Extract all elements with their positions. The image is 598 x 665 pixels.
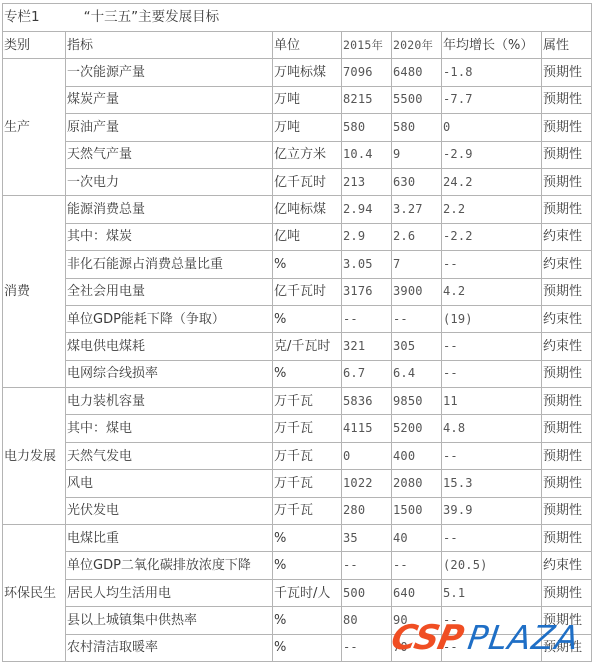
value-2015-cell: 2.9	[342, 223, 392, 250]
table-row: 全社会用电量亿千瓦时317639004.2预期性	[3, 278, 592, 305]
table-row: 煤炭产量万吨82155500-7.7预期性	[3, 86, 592, 113]
value-2020-cell: 5500	[392, 86, 442, 113]
attribute-cell: 预期性	[542, 141, 592, 168]
value-2020-cell: 5200	[392, 415, 442, 442]
growth-cell: 24.2	[442, 168, 542, 195]
category-cell: 环保民生	[3, 525, 66, 662]
table-row: 县以上城镇集中供热率%8090--预期性	[3, 607, 592, 634]
attribute-cell: 预期性	[542, 114, 592, 141]
table-title: 专栏1“十三五”主要发展目标	[3, 4, 592, 32]
indicator-cell: 县以上城镇集中供热率	[66, 607, 273, 634]
attribute-cell: 约束性	[542, 223, 592, 250]
indicator-cell: 一次能源产量	[66, 59, 273, 86]
value-2015-cell: 80	[342, 607, 392, 634]
target-table-container: 专栏1“十三五”主要发展目标 类别 指标 单位 2015年 2020年 年均增长…	[2, 3, 591, 662]
table-row: 风电万千瓦1022208015.3预期性	[3, 470, 592, 497]
attribute-cell: 预期性	[542, 470, 592, 497]
header-category: 类别	[3, 32, 66, 59]
value-2015-cell: 3176	[342, 278, 392, 305]
attribute-cell: 预期性	[542, 497, 592, 524]
targets-table: 专栏1“十三五”主要发展目标 类别 指标 单位 2015年 2020年 年均增长…	[2, 3, 592, 662]
indicator-cell: 居民人均生活用电	[66, 579, 273, 606]
growth-cell: 0	[442, 114, 542, 141]
value-2020-cell: 305	[392, 333, 442, 360]
value-2020-cell: 9850	[392, 388, 442, 415]
unit-cell: %	[273, 525, 342, 552]
table-row: 其中：煤电万千瓦411552004.8预期性	[3, 415, 592, 442]
growth-cell: 5.1	[442, 579, 542, 606]
attribute-cell: 约束性	[542, 552, 592, 579]
indicator-cell: 煤电供电煤耗	[66, 333, 273, 360]
value-2020-cell: 7	[392, 251, 442, 278]
indicator-cell: 光伏发电	[66, 497, 273, 524]
attribute-cell: 预期性	[542, 607, 592, 634]
table-row: 居民人均生活用电千瓦时/人5006405.1预期性	[3, 579, 592, 606]
attribute-cell: 预期性	[542, 278, 592, 305]
title-text: “十三五”主要发展目标	[84, 9, 220, 25]
indicator-cell: 农村清洁取暖率	[66, 634, 273, 661]
unit-cell: 亿吨标煤	[273, 196, 342, 223]
value-2015-cell: 2.94	[342, 196, 392, 223]
value-2020-cell: 6.4	[392, 360, 442, 387]
growth-cell: --	[442, 607, 542, 634]
value-2020-cell: 40	[392, 525, 442, 552]
unit-cell: 亿千瓦时	[273, 168, 342, 195]
unit-cell: %	[273, 634, 342, 661]
table-row: 原油产量万吨5805800预期性	[3, 114, 592, 141]
indicator-cell: 非化石能源占消费总量比重	[66, 251, 273, 278]
attribute-cell: 约束性	[542, 333, 592, 360]
value-2015-cell: 0	[342, 442, 392, 469]
indicator-cell: 电网综合线损率	[66, 360, 273, 387]
value-2020-cell: 580	[392, 114, 442, 141]
value-2020-cell: 640	[392, 579, 442, 606]
value-2020-cell: 3900	[392, 278, 442, 305]
unit-cell: 万吨	[273, 114, 342, 141]
category-cell: 生产	[3, 59, 66, 196]
unit-cell: 万千瓦	[273, 470, 342, 497]
growth-cell: -2.2	[442, 223, 542, 250]
growth-cell: 4.2	[442, 278, 542, 305]
unit-cell: 亿吨	[273, 223, 342, 250]
table-row: 一次电力亿千瓦时21363024.2预期性	[3, 168, 592, 195]
header-unit: 单位	[273, 32, 342, 59]
unit-cell: 万千瓦	[273, 442, 342, 469]
value-2015-cell: 3.05	[342, 251, 392, 278]
indicator-cell: 单位GDP能耗下降（争取）	[66, 305, 273, 332]
table-row: 光伏发电万千瓦280150039.9预期性	[3, 497, 592, 524]
unit-cell: 亿立方米	[273, 141, 342, 168]
value-2015-cell: 7096	[342, 59, 392, 86]
table-row: 消费能源消费总量亿吨标煤2.943.272.2预期性	[3, 196, 592, 223]
unit-cell: %	[273, 251, 342, 278]
value-2015-cell: 280	[342, 497, 392, 524]
unit-cell: 万吨标煤	[273, 59, 342, 86]
attribute-cell: 预期性	[542, 525, 592, 552]
unit-cell: 亿千瓦时	[273, 278, 342, 305]
value-2020-cell: 6480	[392, 59, 442, 86]
indicator-cell: 全社会用电量	[66, 278, 273, 305]
unit-cell: 千瓦时/人	[273, 579, 342, 606]
value-2020-cell: 2.6	[392, 223, 442, 250]
category-cell: 电力发展	[3, 388, 66, 525]
unit-cell: 万千瓦	[273, 415, 342, 442]
table-row: 天然气发电万千瓦0400--预期性	[3, 442, 592, 469]
growth-cell: 2.2	[442, 196, 542, 223]
value-2015-cell: 1022	[342, 470, 392, 497]
header-2020: 2020年	[392, 32, 442, 59]
growth-cell: 15.3	[442, 470, 542, 497]
value-2015-cell: 6.7	[342, 360, 392, 387]
indicator-cell: 电力装机容量	[66, 388, 273, 415]
attribute-cell: 预期性	[542, 196, 592, 223]
attribute-cell: 预期性	[542, 86, 592, 113]
table-row: 单位GDP能耗下降（争取）%----(19)约束性	[3, 305, 592, 332]
value-2015-cell: 321	[342, 333, 392, 360]
growth-cell: --	[442, 251, 542, 278]
indicator-cell: 电煤比重	[66, 525, 273, 552]
value-2015-cell: 500	[342, 579, 392, 606]
table-row: 电力发展电力装机容量万千瓦5836985011预期性	[3, 388, 592, 415]
table-row: 电网综合线损率%6.76.4--预期性	[3, 360, 592, 387]
growth-cell: --	[442, 333, 542, 360]
value-2015-cell: 10.4	[342, 141, 392, 168]
header-indicator: 指标	[66, 32, 273, 59]
value-2015-cell: 213	[342, 168, 392, 195]
attribute-cell: 预期性	[542, 360, 592, 387]
indicator-cell: 煤炭产量	[66, 86, 273, 113]
unit-cell: %	[273, 607, 342, 634]
value-2015-cell: --	[342, 634, 392, 661]
unit-cell: %	[273, 552, 342, 579]
indicator-cell: 天然气发电	[66, 442, 273, 469]
value-2020-cell: --	[392, 552, 442, 579]
column-label: 专栏1	[4, 9, 40, 25]
value-2015-cell: 8215	[342, 86, 392, 113]
value-2015-cell: 35	[342, 525, 392, 552]
growth-cell: 4.8	[442, 415, 542, 442]
attribute-cell: 预期性	[542, 59, 592, 86]
attribute-cell: 预期性	[542, 415, 592, 442]
attribute-cell: 预期性	[542, 388, 592, 415]
value-2015-cell: --	[342, 305, 392, 332]
table-row: 天然气产量亿立方米10.49-2.9预期性	[3, 141, 592, 168]
growth-cell: 39.9	[442, 497, 542, 524]
value-2020-cell: 70	[392, 634, 442, 661]
table-row: 单位GDP二氧化碳排放浓度下降%----(20.5)约束性	[3, 552, 592, 579]
unit-cell: 克/千瓦时	[273, 333, 342, 360]
table-row: 煤电供电煤耗克/千瓦时321305--约束性	[3, 333, 592, 360]
growth-cell: -1.8	[442, 59, 542, 86]
table-row: 农村清洁取暖率%--70--预期性	[3, 634, 592, 661]
attribute-cell: 预期性	[542, 579, 592, 606]
table-row: 环保民生电煤比重%3540--预期性	[3, 525, 592, 552]
value-2020-cell: 9	[392, 141, 442, 168]
indicator-cell: 单位GDP二氧化碳排放浓度下降	[66, 552, 273, 579]
value-2020-cell: 630	[392, 168, 442, 195]
value-2015-cell: --	[342, 552, 392, 579]
title-row: 专栏1“十三五”主要发展目标	[3, 4, 592, 32]
indicator-cell: 一次电力	[66, 168, 273, 195]
growth-cell: (20.5)	[442, 552, 542, 579]
growth-cell: -7.7	[442, 86, 542, 113]
attribute-cell: 预期性	[542, 442, 592, 469]
unit-cell: 万吨	[273, 86, 342, 113]
growth-cell: --	[442, 525, 542, 552]
attribute-cell: 预期性	[542, 168, 592, 195]
value-2020-cell: 2080	[392, 470, 442, 497]
unit-cell: %	[273, 360, 342, 387]
header-growth: 年均增长（%）	[442, 32, 542, 59]
table-row: 其中：煤炭亿吨2.92.6-2.2约束性	[3, 223, 592, 250]
header-attribute: 属性	[542, 32, 592, 59]
indicator-cell: 天然气产量	[66, 141, 273, 168]
header-2015: 2015年	[342, 32, 392, 59]
unit-cell: %	[273, 305, 342, 332]
value-2020-cell: 400	[392, 442, 442, 469]
indicator-cell: 能源消费总量	[66, 196, 273, 223]
value-2020-cell: 90	[392, 607, 442, 634]
indicator-cell: 其中：煤电	[66, 415, 273, 442]
unit-cell: 万千瓦	[273, 497, 342, 524]
indicator-cell: 风电	[66, 470, 273, 497]
value-2015-cell: 580	[342, 114, 392, 141]
category-cell: 消费	[3, 196, 66, 388]
value-2015-cell: 5836	[342, 388, 392, 415]
value-2015-cell: 4115	[342, 415, 392, 442]
growth-cell: 11	[442, 388, 542, 415]
growth-cell: (19)	[442, 305, 542, 332]
table-row: 生产一次能源产量万吨标煤70966480-1.8预期性	[3, 59, 592, 86]
attribute-cell: 约束性	[542, 251, 592, 278]
value-2020-cell: --	[392, 305, 442, 332]
growth-cell: --	[442, 442, 542, 469]
growth-cell: --	[442, 360, 542, 387]
unit-cell: 万千瓦	[273, 388, 342, 415]
indicator-cell: 其中：煤炭	[66, 223, 273, 250]
attribute-cell: 预期性	[542, 634, 592, 661]
growth-cell: --	[442, 634, 542, 661]
attribute-cell: 约束性	[542, 305, 592, 332]
table-row: 非化石能源占消费总量比重%3.057--约束性	[3, 251, 592, 278]
header-row: 类别 指标 单位 2015年 2020年 年均增长（%） 属性	[3, 32, 592, 59]
indicator-cell: 原油产量	[66, 114, 273, 141]
value-2020-cell: 3.27	[392, 196, 442, 223]
value-2020-cell: 1500	[392, 497, 442, 524]
growth-cell: -2.9	[442, 141, 542, 168]
